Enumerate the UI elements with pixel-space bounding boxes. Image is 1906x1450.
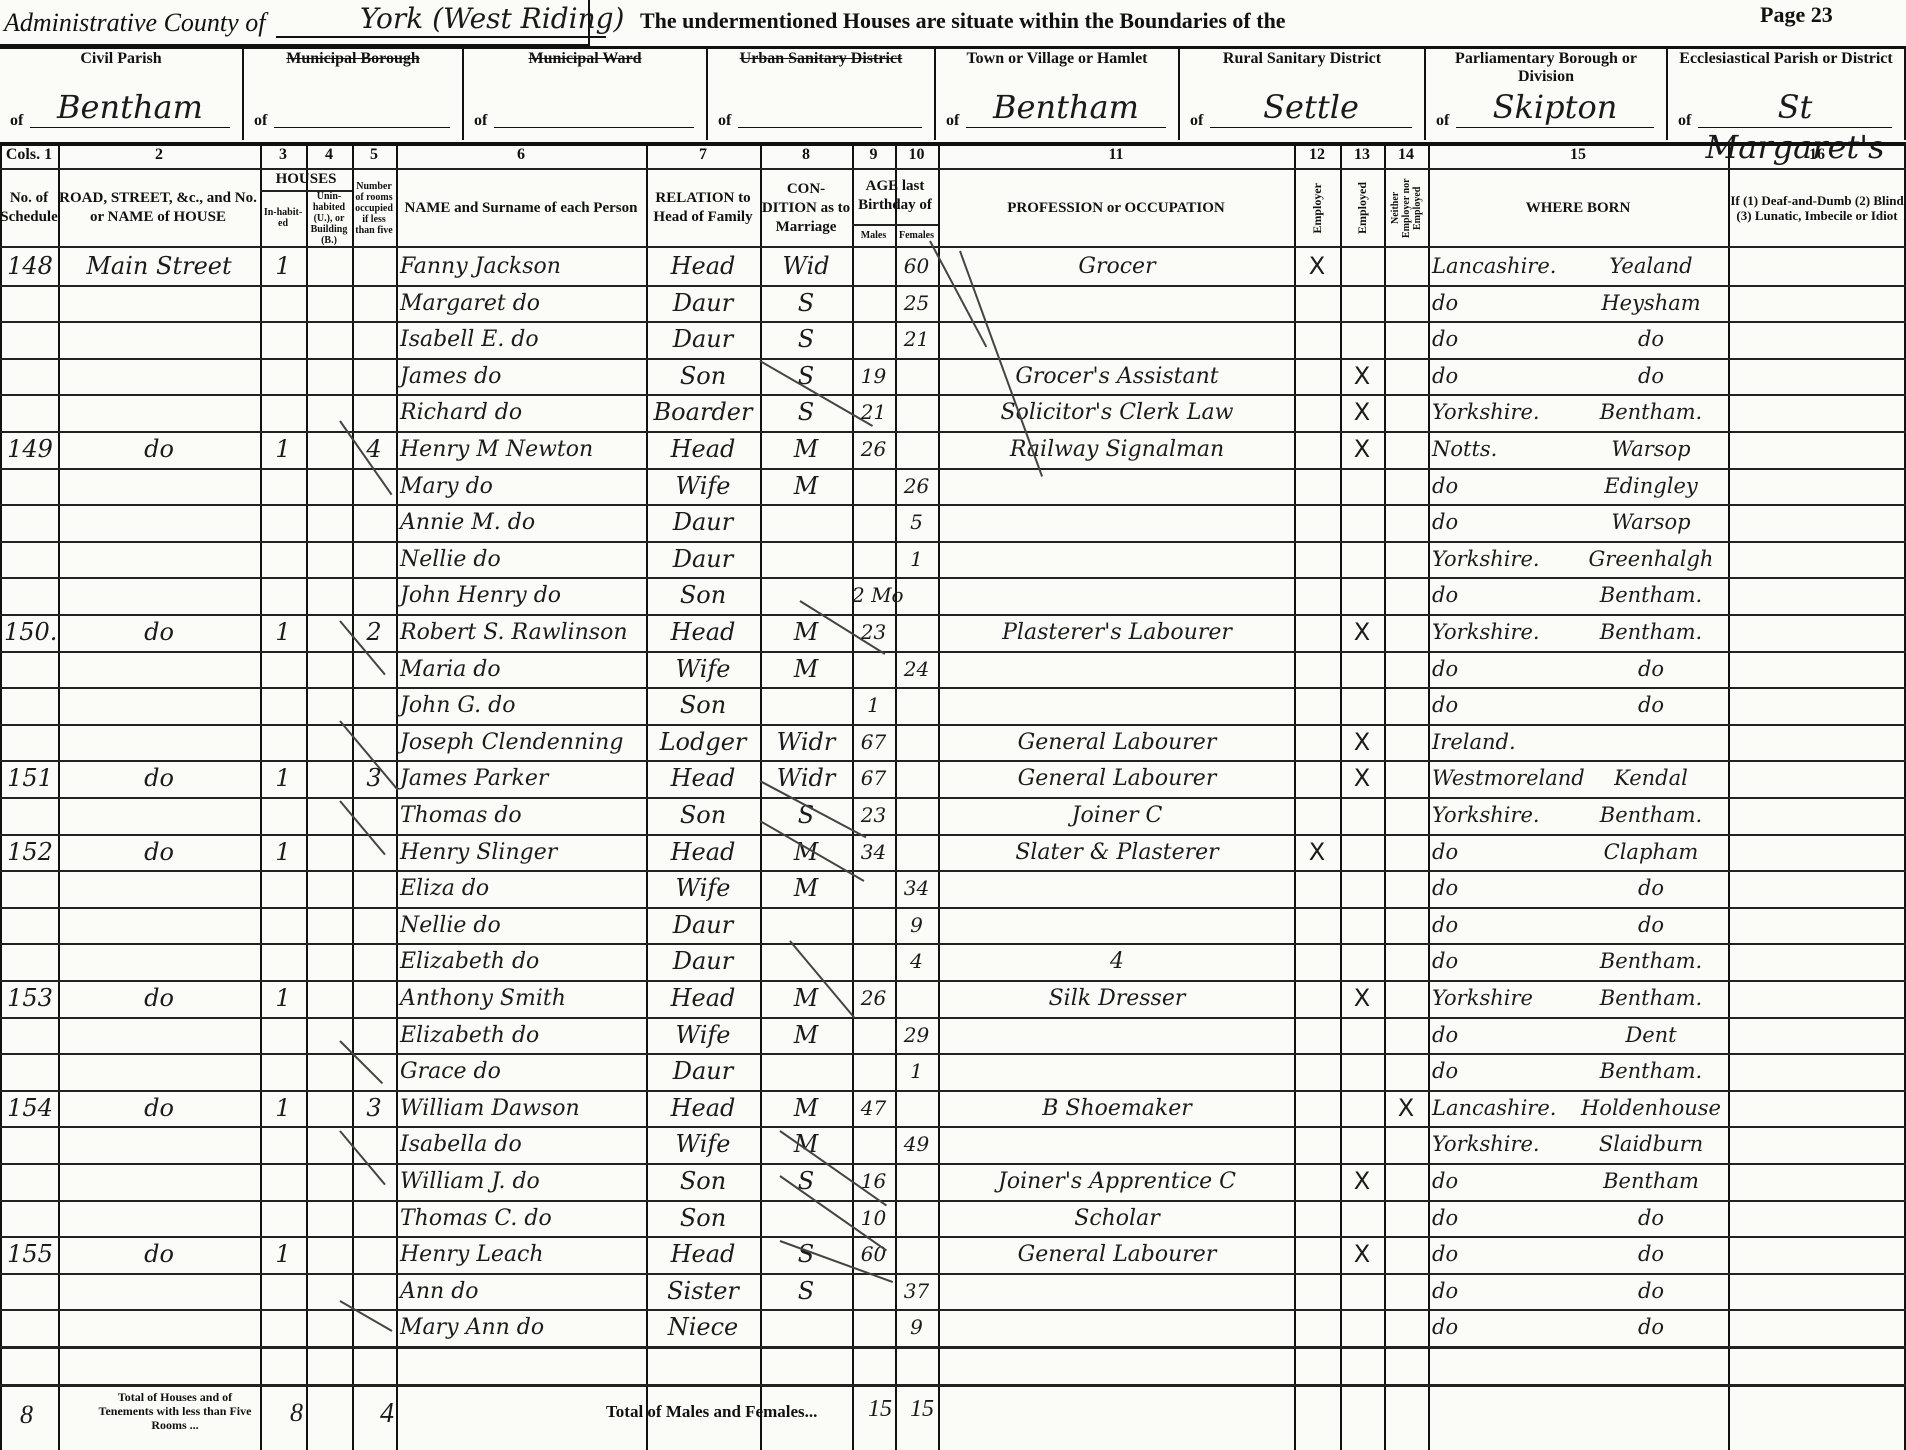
cell-nei [1384, 1017, 1428, 1054]
cell-empd [1340, 1126, 1384, 1163]
header-road: ROAD, STREET, &c., and No. or NAME of HO… [58, 170, 258, 246]
cell-emp [1294, 1309, 1340, 1346]
cell-sched [4, 577, 56, 614]
cell-cond: M [762, 870, 850, 907]
cell-road: do [62, 1090, 256, 1127]
cell-road: do [62, 614, 256, 651]
cell-emp [1294, 1053, 1340, 1090]
cell-name: Mary Ann do [400, 1309, 644, 1346]
cell-name: Robert S. Rawlinson [400, 614, 644, 651]
cell-road [62, 468, 256, 505]
cell-born1: Yorkshire [1432, 980, 1572, 1017]
cell-occ: Silk Dresser [944, 980, 1290, 1017]
cell-born2: do [1576, 321, 1726, 358]
cell-rooms [354, 285, 394, 322]
total-schedules: 8 [20, 1400, 33, 1430]
cell-f: 29 [895, 1017, 938, 1054]
header-where-born: WHERE BORN [1428, 170, 1728, 246]
cell-occ [944, 285, 1290, 322]
cell-road [62, 1017, 256, 1054]
column-number: 4 [306, 146, 352, 168]
cell-occ: B Shoemaker [944, 1090, 1290, 1127]
cell-road: do [62, 1236, 256, 1273]
cell-sched [4, 1017, 56, 1054]
cell-empd: X [1340, 394, 1384, 431]
total-females: 15 [910, 1396, 934, 1423]
cell-cond [762, 577, 850, 614]
column-number: 16 [1728, 146, 1906, 168]
cell-rooms: 3 [354, 1090, 394, 1127]
cell-road [62, 724, 256, 761]
area-of: of [10, 112, 23, 130]
cell-m: 21 [852, 394, 895, 431]
cell-road: do [62, 980, 256, 1017]
cell-rooms [354, 651, 394, 688]
cell-emp [1294, 577, 1340, 614]
cell-born2: do [1576, 1236, 1726, 1273]
header-neither: Neither Employer nor Employed [1390, 170, 1423, 246]
cell-name: James Parker [400, 760, 644, 797]
header-houses: HOUSES [260, 168, 352, 190]
cell-occ: General Labourer [944, 1236, 1290, 1273]
column-number: 15 [1428, 146, 1728, 168]
area-1: Municipal Boroughof [244, 46, 464, 140]
cell-inhab [262, 687, 304, 724]
cell-rel: Daur [648, 907, 758, 944]
cell-f: 1 [895, 541, 938, 578]
cell-nei [1384, 541, 1428, 578]
cell-road [62, 943, 256, 980]
cell-nei [1384, 797, 1428, 834]
cell-nei [1384, 943, 1428, 980]
cell-inhab [262, 1309, 304, 1346]
cell-emp [1294, 541, 1340, 578]
cell-inhab [262, 504, 304, 541]
cell-cond [762, 1053, 850, 1090]
cell-rel: Wife [648, 1017, 758, 1054]
cell-emp: X [1294, 834, 1340, 871]
cell-sched [4, 1163, 56, 1200]
area-3: Urban Sanitary Districtof [708, 46, 936, 140]
cell-empd [1340, 651, 1384, 688]
cell-cond: M [762, 1126, 850, 1163]
cell-rooms [354, 1273, 394, 1310]
cell-empd [1340, 943, 1384, 980]
cell-inhab [262, 1017, 304, 1054]
cell-sched [4, 504, 56, 541]
totals-rule [0, 1346, 1906, 1349]
cell-born1: do [1432, 1053, 1572, 1090]
cell-rel: Daur [648, 541, 758, 578]
cell-occ [944, 1126, 1290, 1163]
cell-m: 26 [852, 980, 895, 1017]
cell-cond: S [762, 321, 850, 358]
cell-name: William Dawson [400, 1090, 644, 1127]
cell-inhab: 1 [262, 834, 304, 871]
area-label: Town or Village or Hamlet [936, 50, 1178, 68]
cell-cond: M [762, 614, 850, 651]
total-persons-label: Total of Males and Females... [606, 1402, 817, 1422]
cell-inhab [262, 468, 304, 505]
cell-rel: Daur [648, 321, 758, 358]
cell-cond [762, 1200, 850, 1237]
cell-name: Isabell E. do [400, 321, 644, 358]
totals-rule [0, 1384, 1906, 1387]
cell-m [852, 541, 895, 578]
cell-empd: X [1340, 1163, 1384, 1200]
cell-name: Henry Slinger [400, 834, 644, 871]
intro-text: The undermentioned Houses are situate wi… [640, 8, 1286, 34]
cell-emp [1294, 1163, 1340, 1200]
area-value: Bentham [966, 87, 1166, 128]
cell-road [62, 651, 256, 688]
cell-sched [4, 1126, 56, 1163]
cell-m [852, 321, 895, 358]
cell-emp [1294, 1236, 1340, 1273]
cell-nei [1384, 431, 1428, 468]
cell-m: 2 Mo [852, 577, 895, 614]
cell-born2: Greenhalgh [1576, 541, 1726, 578]
cell-rel: Lodger [648, 724, 758, 761]
cell-empd [1340, 504, 1384, 541]
cell-f [895, 614, 938, 651]
cell-nei [1384, 1053, 1428, 1090]
cell-born1: do [1432, 651, 1572, 688]
cell-road [62, 394, 256, 431]
cell-nei [1384, 614, 1428, 651]
cell-m [852, 468, 895, 505]
cell-sched [4, 687, 56, 724]
cell-rel: Head [648, 431, 758, 468]
cell-nei [1384, 980, 1428, 1017]
cell-rel: Head [648, 614, 758, 651]
cell-rooms [354, 1017, 394, 1054]
cell-f: 24 [895, 651, 938, 688]
cell-cond: M [762, 468, 850, 505]
cell-nei [1384, 285, 1428, 322]
cell-born1: Yorkshire. [1432, 1126, 1572, 1163]
cell-rel: Wife [648, 651, 758, 688]
area-of: of [1678, 112, 1691, 130]
cell-empd [1340, 870, 1384, 907]
header-employer-wrap: Employer [1294, 170, 1340, 246]
area-label: Parliamentary Borough or Division [1426, 50, 1666, 86]
cell-empd: X [1340, 614, 1384, 651]
cell-born2: Edingley [1576, 468, 1726, 505]
cell-emp [1294, 870, 1340, 907]
cell-born1: do [1432, 504, 1572, 541]
cell-f [895, 358, 938, 395]
cell-occ [944, 1273, 1290, 1310]
cell-emp [1294, 980, 1340, 1017]
header-relation: RELATION to Head of Family [646, 170, 760, 246]
cell-road [62, 1163, 256, 1200]
area-value: St Margaret's [1698, 87, 1892, 128]
cell-emp [1294, 1017, 1340, 1054]
cell-occ [944, 687, 1290, 724]
cell-born2: Heysham [1576, 285, 1726, 322]
cell-rooms [354, 358, 394, 395]
cell-occ [944, 468, 1290, 505]
area-value [738, 87, 922, 128]
cell-empd [1340, 1090, 1384, 1127]
page-number: Page 23 [1760, 2, 1833, 28]
cell-nei [1384, 1273, 1428, 1310]
area-7: Ecclesiastical Parish or DistrictofSt Ma… [1668, 46, 1906, 140]
cell-cond: Widr [762, 760, 850, 797]
cell-sched [4, 870, 56, 907]
cell-rooms [354, 541, 394, 578]
cell-f: 25 [895, 285, 938, 322]
column-number: 12 [1294, 146, 1340, 168]
cell-inhab: 1 [262, 431, 304, 468]
cell-f [895, 760, 938, 797]
cell-born1: Lancashire. [1432, 1090, 1572, 1127]
cell-road [62, 870, 256, 907]
cell-inhab [262, 797, 304, 834]
cell-born1: do [1432, 870, 1572, 907]
cell-nei [1384, 870, 1428, 907]
cell-cond: M [762, 651, 850, 688]
cell-sched [4, 907, 56, 944]
cell-sched [4, 651, 56, 688]
cell-name: Nellie do [400, 907, 644, 944]
total-tenements: 4 [380, 1398, 394, 1430]
cell-empd [1340, 1017, 1384, 1054]
cell-born2: Bentham. [1576, 614, 1726, 651]
cell-inhab [262, 943, 304, 980]
cell-name: Margaret do [400, 285, 644, 322]
cell-born1: Westmoreland [1432, 760, 1572, 797]
cell-road [62, 1273, 256, 1310]
cell-rooms [354, 468, 394, 505]
cell-f [895, 1163, 938, 1200]
cell-born1: do [1432, 1200, 1572, 1237]
cell-rooms [354, 687, 394, 724]
cell-inhab [262, 285, 304, 322]
cell-emp [1294, 321, 1340, 358]
cell-rooms [354, 943, 394, 980]
cell-m [852, 1053, 895, 1090]
cell-occ: Solicitor's Clerk Law [944, 394, 1290, 431]
cell-empd [1340, 907, 1384, 944]
cell-empd [1340, 1200, 1384, 1237]
cell-empd [1340, 248, 1384, 285]
cell-occ: General Labourer [944, 760, 1290, 797]
cell-nei [1384, 1163, 1428, 1200]
cell-rel: Head [648, 248, 758, 285]
cell-sched [4, 321, 56, 358]
cell-empd [1340, 1273, 1384, 1310]
cell-cond: S [762, 1236, 850, 1273]
cell-m: 47 [852, 1090, 895, 1127]
cell-occ: General Labourer [944, 724, 1290, 761]
cell-sched: 151 [4, 760, 56, 797]
cell-name: Henry M Newton [400, 431, 644, 468]
cell-sched: 152 [4, 834, 56, 871]
cell-empd [1340, 1309, 1384, 1346]
cell-inhab [262, 541, 304, 578]
cell-rel: Wife [648, 468, 758, 505]
cell-cond: S [762, 285, 850, 322]
cell-rooms [354, 1200, 394, 1237]
cell-m: 67 [852, 724, 895, 761]
cell-road [62, 687, 256, 724]
cell-occ: Joiner C [944, 797, 1290, 834]
cell-rel: Head [648, 980, 758, 1017]
cell-born2: do [1576, 358, 1726, 395]
cell-nei [1384, 394, 1428, 431]
area-value [494, 87, 694, 128]
cell-born1: Notts. [1432, 431, 1572, 468]
cell-inhab: 1 [262, 760, 304, 797]
cell-inhab: 1 [262, 980, 304, 1017]
header-condition: CON-DITION as to Marriage [760, 170, 852, 246]
cell-sched: 155 [4, 1236, 56, 1273]
cell-rooms [354, 577, 394, 614]
cell-occ: 4 [944, 943, 1290, 980]
cell-m: 67 [852, 760, 895, 797]
area-value: Bentham [30, 87, 230, 128]
cell-rooms [354, 394, 394, 431]
cell-empd [1340, 321, 1384, 358]
cell-born1: do [1432, 1017, 1572, 1054]
cell-occ [944, 504, 1290, 541]
cell-cond [762, 504, 850, 541]
header-neither-wrap: Neither Employer nor Employed [1384, 170, 1428, 246]
cell-rel: Son [648, 797, 758, 834]
cell-born2: Slaidburn [1576, 1126, 1726, 1163]
area-of: of [1436, 112, 1449, 130]
cell-emp [1294, 943, 1340, 980]
cell-cond: Widr [762, 724, 850, 761]
cell-cond [762, 687, 850, 724]
cell-emp [1294, 1126, 1340, 1163]
cell-born1: Lancashire. [1432, 248, 1572, 285]
cell-occ [944, 541, 1290, 578]
area-2: Municipal Wardof [464, 46, 708, 140]
cell-emp [1294, 760, 1340, 797]
cell-rooms [354, 1236, 394, 1273]
cell-sched: 154 [4, 1090, 56, 1127]
cell-rel: Wife [648, 870, 758, 907]
cell-f [895, 980, 938, 1017]
area-value: Skipton [1456, 87, 1654, 128]
cell-emp [1294, 1273, 1340, 1310]
admin-county-line [276, 36, 606, 38]
cell-m [852, 285, 895, 322]
cell-nei [1384, 687, 1428, 724]
cell-rel: Head [648, 834, 758, 871]
area-of: of [254, 112, 267, 130]
cell-cond [762, 541, 850, 578]
cell-born1: do [1432, 321, 1572, 358]
cell-nei [1384, 834, 1428, 871]
cell-sched [4, 468, 56, 505]
header-employed: Employed [1353, 182, 1372, 234]
cell-empd: X [1340, 980, 1384, 1017]
cell-rel: Son [648, 358, 758, 395]
cell-born2: Dent [1576, 1017, 1726, 1054]
cell-born1: do [1432, 943, 1572, 980]
cell-rel: Son [648, 687, 758, 724]
cell-m: 1 [852, 687, 895, 724]
cell-born1: Yorkshire. [1432, 797, 1572, 834]
cell-nei [1384, 760, 1428, 797]
cell-f [895, 797, 938, 834]
area-label: Rural Sanitary District [1180, 50, 1424, 68]
cell-rel: Daur [648, 285, 758, 322]
column-number: Cols. 1 [0, 146, 58, 168]
cell-occ: Railway Signalman [944, 431, 1290, 468]
cell-f: 21 [895, 321, 938, 358]
cell-m [852, 651, 895, 688]
cell-born1: do [1432, 1163, 1572, 1200]
cell-name: Eliza do [400, 870, 644, 907]
cell-road [62, 907, 256, 944]
cell-f [895, 431, 938, 468]
cell-f: 4 [895, 943, 938, 980]
cell-road [62, 1126, 256, 1163]
cell-inhab [262, 724, 304, 761]
cell-m: 23 [852, 797, 895, 834]
cell-m [852, 907, 895, 944]
cell-sched [4, 1053, 56, 1090]
cell-f: 26 [895, 468, 938, 505]
cell-emp [1294, 1200, 1340, 1237]
cell-rooms [354, 907, 394, 944]
cell-name: Elizabeth do [400, 943, 644, 980]
cell-road [62, 577, 256, 614]
cell-inhab: 1 [262, 1090, 304, 1127]
column-number: 8 [760, 146, 852, 168]
cell-nei [1384, 504, 1428, 541]
cell-empd: X [1340, 1236, 1384, 1273]
cell-emp [1294, 724, 1340, 761]
cell-f [895, 1236, 938, 1273]
area-6: Parliamentary Borough or DivisionofSkipt… [1426, 46, 1668, 140]
cell-born2: do [1576, 1200, 1726, 1237]
cell-nei [1384, 1126, 1428, 1163]
cell-f: 5 [895, 504, 938, 541]
cell-inhab [262, 651, 304, 688]
cell-empd: X [1340, 431, 1384, 468]
cell-road [62, 504, 256, 541]
cell-rel: Son [648, 577, 758, 614]
cell-empd [1340, 687, 1384, 724]
cell-born2 [1576, 724, 1726, 761]
cell-f: 49 [895, 1126, 938, 1163]
cell-born2: do [1576, 870, 1726, 907]
header-employed-wrap: Employed [1340, 170, 1384, 246]
cell-inhab [262, 1126, 304, 1163]
cell-rel: Sister [648, 1273, 758, 1310]
area-of: of [1190, 112, 1203, 130]
area-4: Town or Village or HamletofBentham [936, 46, 1180, 140]
cell-occ: Plasterer's Labourer [944, 614, 1290, 651]
cell-occ [944, 907, 1290, 944]
cell-name: Thomas do [400, 797, 644, 834]
cell-f [895, 394, 938, 431]
cell-emp [1294, 1090, 1340, 1127]
cell-cond [762, 1309, 850, 1346]
header-age: AGE last Birthday of [852, 170, 938, 222]
cell-f [895, 1090, 938, 1127]
area-label: Municipal Ward [464, 50, 706, 68]
cell-m [852, 1309, 895, 1346]
header-males: Males [852, 224, 895, 246]
cell-cond: M [762, 431, 850, 468]
